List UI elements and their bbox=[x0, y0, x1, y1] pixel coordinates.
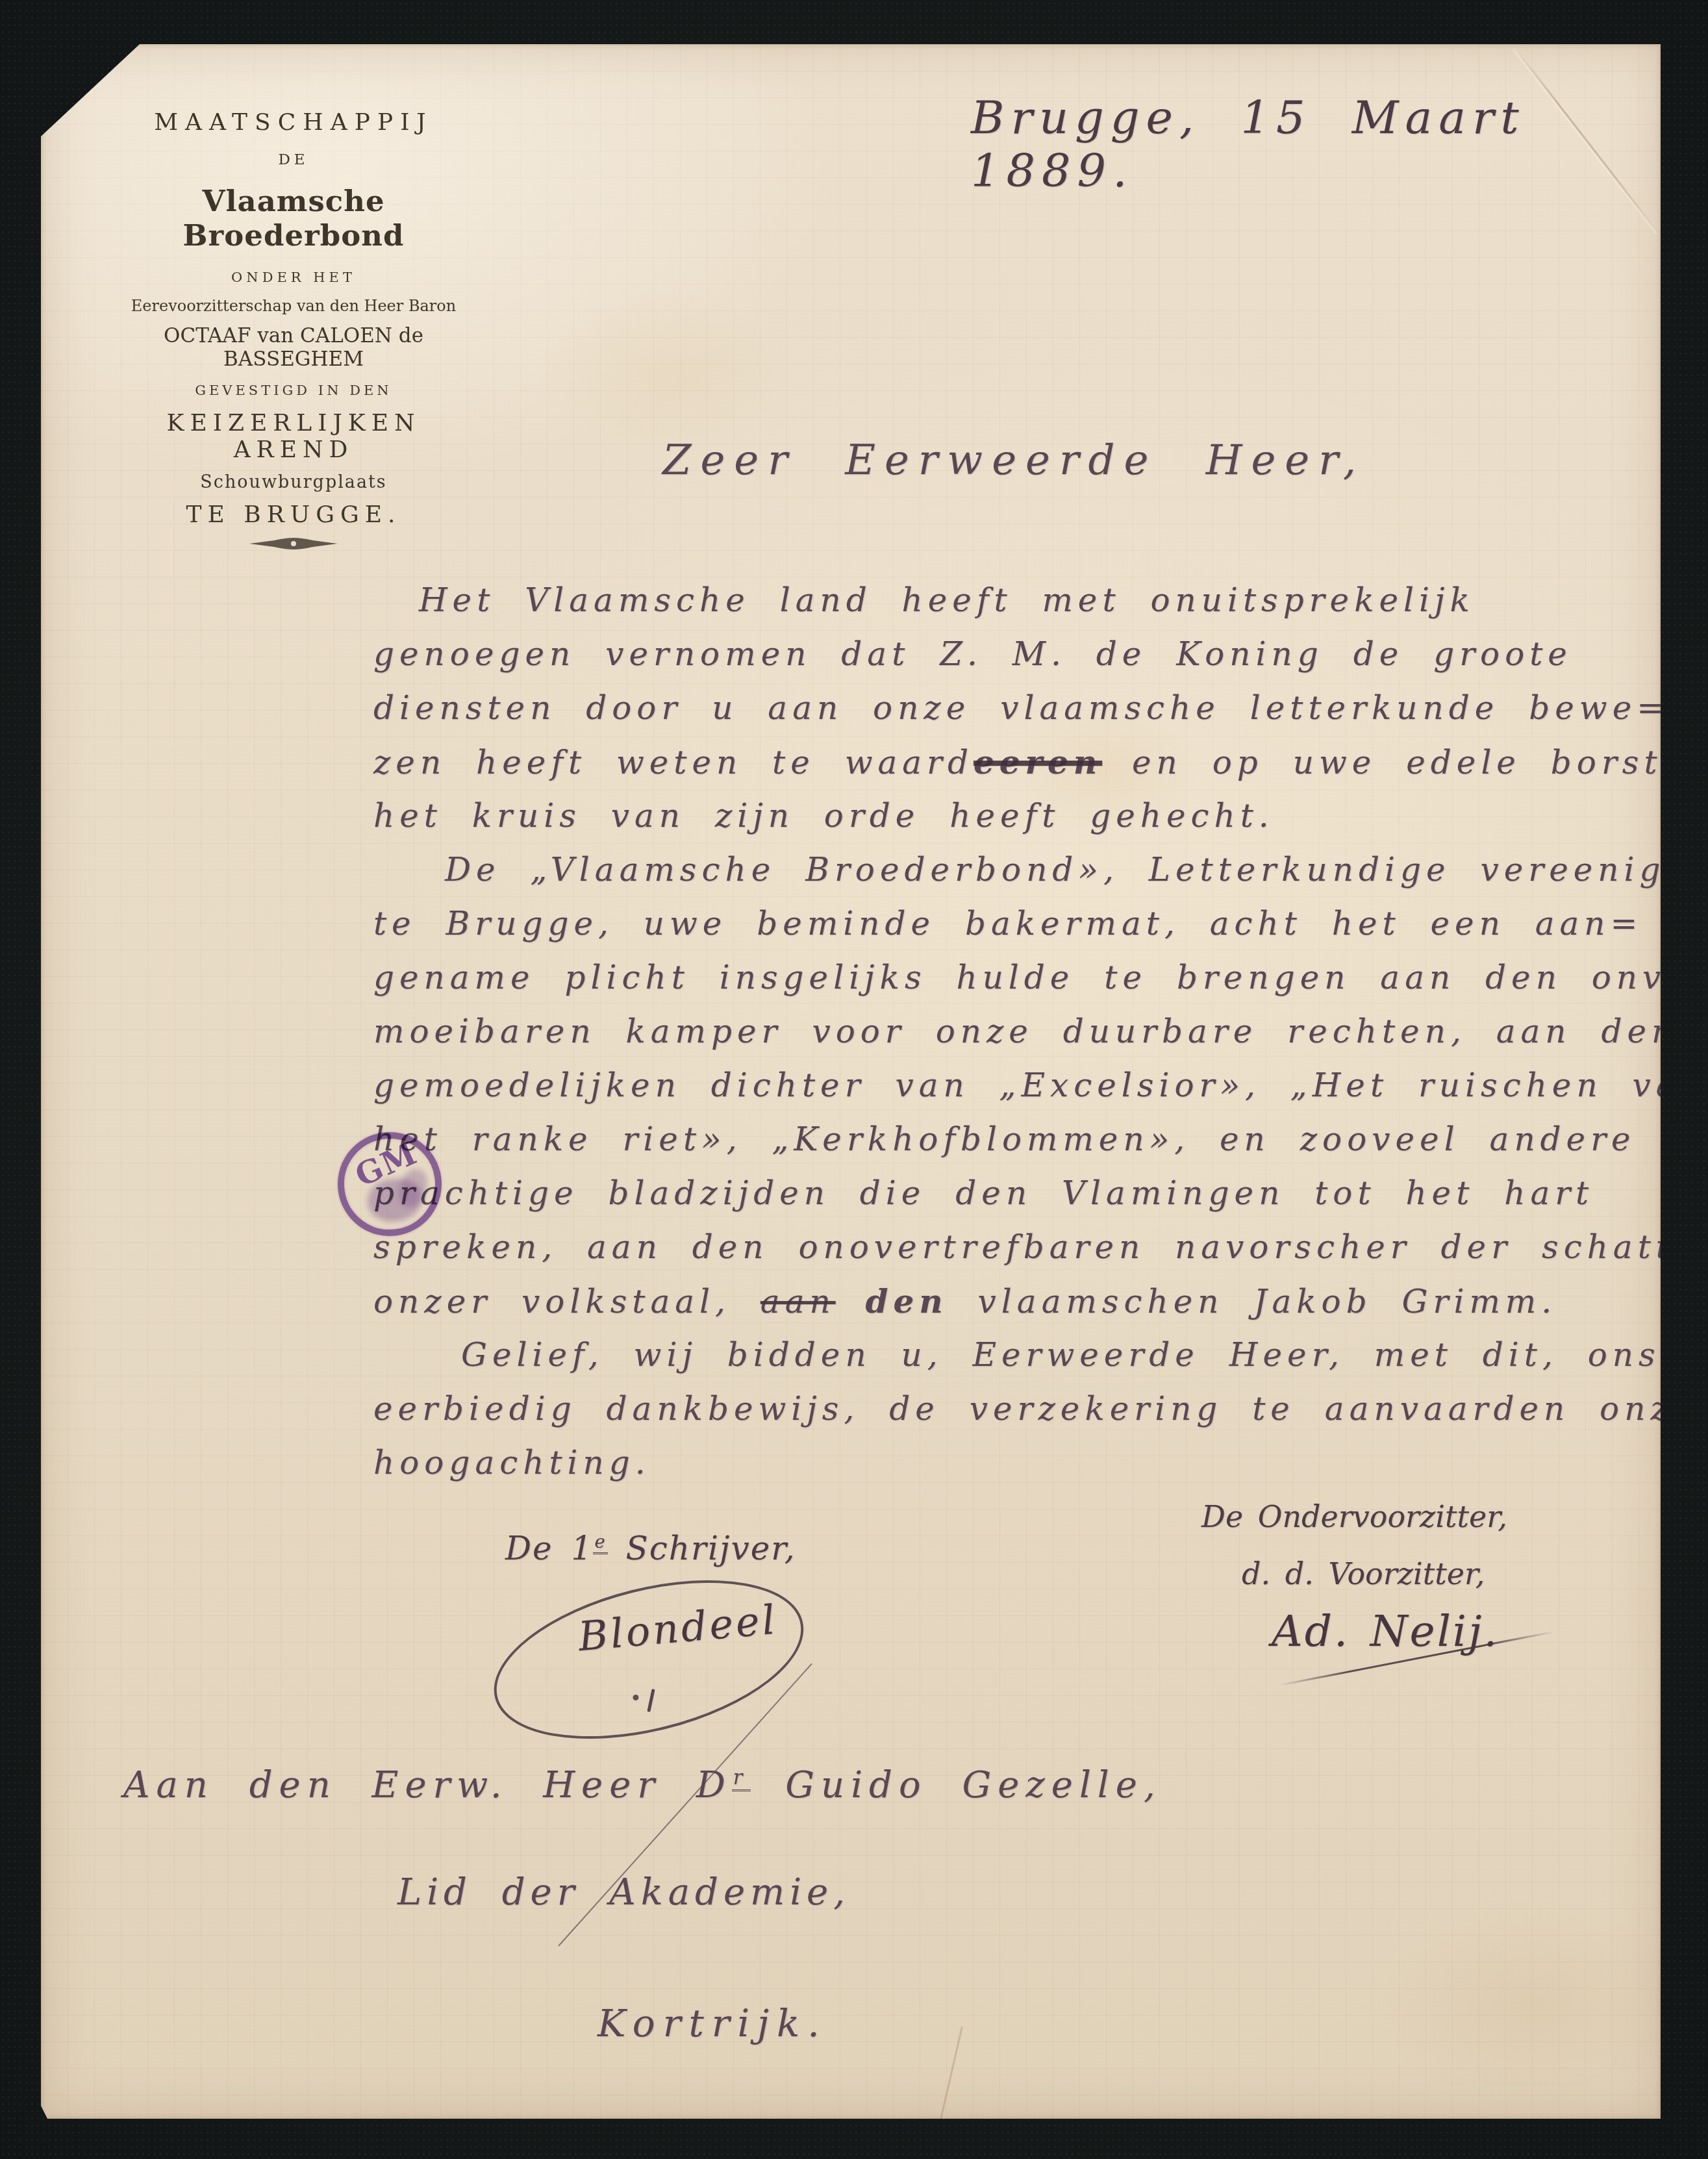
letterhead-society-word: MAATSCHAPPIJ bbox=[112, 109, 475, 136]
handwriting-line: eerbiedig dankbewijs, de verzekering te … bbox=[373, 1382, 1627, 1436]
letterhead-society-name: Vlaamsche Broederbond bbox=[112, 184, 475, 253]
text-segment: eeren bbox=[973, 743, 1102, 781]
paragraph: Het Vlaamsche land heeft met onuitspreke… bbox=[373, 574, 1627, 843]
text-segment: De „Vlaamsche Broederbond», Letterkundig… bbox=[445, 851, 1708, 889]
handwriting-line: te Brugge, uwe beminde bakermat, acht he… bbox=[373, 897, 1627, 951]
text-segment: zen heeft weten te waard bbox=[373, 744, 973, 781]
letter-paper: MAATSCHAPPIJ DE Vlaamsche Broederbond ON… bbox=[41, 44, 1661, 2119]
text-segment: en op uwe edele borst bbox=[1102, 744, 1663, 781]
letterhead-city: TE BRUGGE. bbox=[112, 501, 475, 528]
handwriting-line: diensten door u aan onze vlaamsche lette… bbox=[373, 681, 1627, 735]
text-segment bbox=[836, 1283, 866, 1320]
addressee-city: Kortrijk. bbox=[597, 2001, 827, 2045]
date-line: Brugge, 15 Maart 1889. bbox=[971, 91, 1661, 197]
letterhead-ornament-icon bbox=[112, 536, 475, 554]
text-segment: den bbox=[866, 1282, 948, 1320]
handwriting-line: het ranke riet», „Kerkhofblommen», en zo… bbox=[373, 1113, 1627, 1167]
letterhead-gevestigd: GEVESTIGD IN DEN bbox=[112, 383, 475, 398]
text-segment: eerbiedig dankbewijs, de verzekering te … bbox=[373, 1390, 1708, 1428]
signature-name: Ad. Nelij. bbox=[1272, 1606, 1507, 1656]
text-segment: het kruis van zijn orde heeft gehecht. bbox=[373, 797, 1274, 835]
letterhead: MAATSCHAPPIJ DE Vlaamsche Broederbond ON… bbox=[112, 109, 475, 554]
letter-body: Het Vlaamsche land heeft met onuitspreke… bbox=[373, 574, 1627, 1490]
handwriting-line: het kruis van zijn orde heeft gehecht. bbox=[373, 789, 1627, 843]
text-segment: Aan den Eerw. Heer D bbox=[123, 1764, 732, 1806]
letterhead-onder-het: ONDER HET bbox=[112, 270, 475, 285]
handwriting-line: spreken, aan den onovertrefbaren navorsc… bbox=[373, 1220, 1627, 1274]
paper-crease bbox=[940, 2026, 963, 2119]
handwriting-line: gemoedelijken dichter van „Excelsior», „… bbox=[373, 1059, 1627, 1113]
handwriting-line: hoogachting. bbox=[373, 1436, 1627, 1490]
text-segment: Het Vlaamsche land heeft met onuitspreke… bbox=[419, 581, 1475, 619]
text-segment: gename plicht insgelijks hulde te brenge… bbox=[373, 959, 1708, 996]
text-segment: gemoedelijken dichter van „Excelsior», „… bbox=[373, 1067, 1707, 1104]
text-segment: hoogachting. bbox=[373, 1444, 651, 1482]
letterhead-square: Schouwburgplaats bbox=[112, 472, 475, 492]
handwriting-line: zen heeft weten te waardeeren en op uwe … bbox=[373, 735, 1627, 789]
text-segment: het ranke riet», „Kerkhofblommen», en zo… bbox=[373, 1120, 1636, 1158]
addressee-line: Aan den Eerw. Heer Dr Guido Gezelle, bbox=[123, 1764, 1162, 1806]
handwriting-line: genoegen vernomen dat Z. M. de Koning de… bbox=[373, 627, 1627, 681]
letterhead-baron-name: OCTAAF van CALOEN de BASSEGHEM bbox=[112, 324, 475, 371]
signature-title-line: De Ondervoorzitter, bbox=[1201, 1488, 1507, 1545]
text-segment: r bbox=[732, 1766, 751, 1791]
letterhead-venue-name: KEIZERLIJKEN AREND bbox=[112, 410, 475, 463]
text-segment: te Brugge, uwe beminde bakermat, acht he… bbox=[373, 905, 1642, 942]
paragraph: De „Vlaamsche Broederbond», Letterkundig… bbox=[373, 843, 1627, 1328]
text-segment: De 1 bbox=[505, 1530, 593, 1567]
handwriting-line: gename plicht insgelijks hulde te brenge… bbox=[373, 951, 1627, 1005]
text-segment: Gelief, wij bidden u, Eerweerde Heer, me… bbox=[461, 1336, 1661, 1374]
text-segment: spreken, aan den onovertrefbaren navorsc… bbox=[373, 1228, 1708, 1266]
text-segment: onzer volkstaal, bbox=[373, 1283, 760, 1320]
text-segment: aan bbox=[760, 1283, 836, 1320]
handwriting-line: Gelief, wij bidden u, Eerweerde Heer, me… bbox=[373, 1328, 1627, 1382]
scanned-letter: MAATSCHAPPIJ DE Vlaamsche Broederbond ON… bbox=[0, 0, 1708, 2159]
handwriting-line: De „Vlaamsche Broederbond», Letterkundig… bbox=[373, 843, 1627, 897]
handwriting-line: onzer volkstaal, aan den vlaamschen Jako… bbox=[373, 1274, 1627, 1328]
handwriting-line: prachtige bladzijden die den Vlamingen t… bbox=[373, 1167, 1627, 1220]
signature-block-vice-chairman: De Ondervoorzitter, d. d. Voorzitter, Ad… bbox=[1201, 1488, 1507, 1656]
letterhead-honorary-chair-line: Eerevoorzitterschap van den Heer Baron bbox=[112, 297, 475, 315]
handwriting-line: moeibaren kamper voor onze duurbare rech… bbox=[373, 1005, 1627, 1059]
signature-title-line: De 1e Schrijver, bbox=[505, 1530, 796, 1567]
text-segment: e bbox=[593, 1532, 607, 1554]
text-segment: Schrijver, bbox=[608, 1530, 796, 1567]
text-segment: diensten door u aan onze vlaamsche lette… bbox=[373, 689, 1669, 727]
signature-flourish-loop bbox=[478, 1552, 820, 1767]
text-segment: genoegen vernomen dat Z. M. de Koning de… bbox=[373, 635, 1572, 673]
archive-stamp: GM bbox=[338, 1132, 442, 1236]
text-segment: prachtige bladzijden die den Vlamingen t… bbox=[373, 1174, 1594, 1212]
addressee-title: Lid der Akademie, bbox=[397, 1871, 850, 1913]
signature-title-line: d. d. Voorzitter, bbox=[1242, 1545, 1507, 1602]
handwriting-line: Het Vlaamsche land heeft met onuitspreke… bbox=[373, 574, 1627, 627]
paragraph: Gelief, wij bidden u, Eerweerde Heer, me… bbox=[373, 1328, 1627, 1490]
salutation: Zeer Eerweerde Heer, bbox=[662, 436, 1365, 485]
text-segment: moeibaren kamper voor onze duurbare rech… bbox=[373, 1013, 1677, 1050]
text-segment: Guido Gezelle, bbox=[751, 1764, 1162, 1806]
text-segment: vlaamschen Jakob Grimm. bbox=[948, 1283, 1557, 1320]
letterhead-de: DE bbox=[112, 151, 475, 168]
